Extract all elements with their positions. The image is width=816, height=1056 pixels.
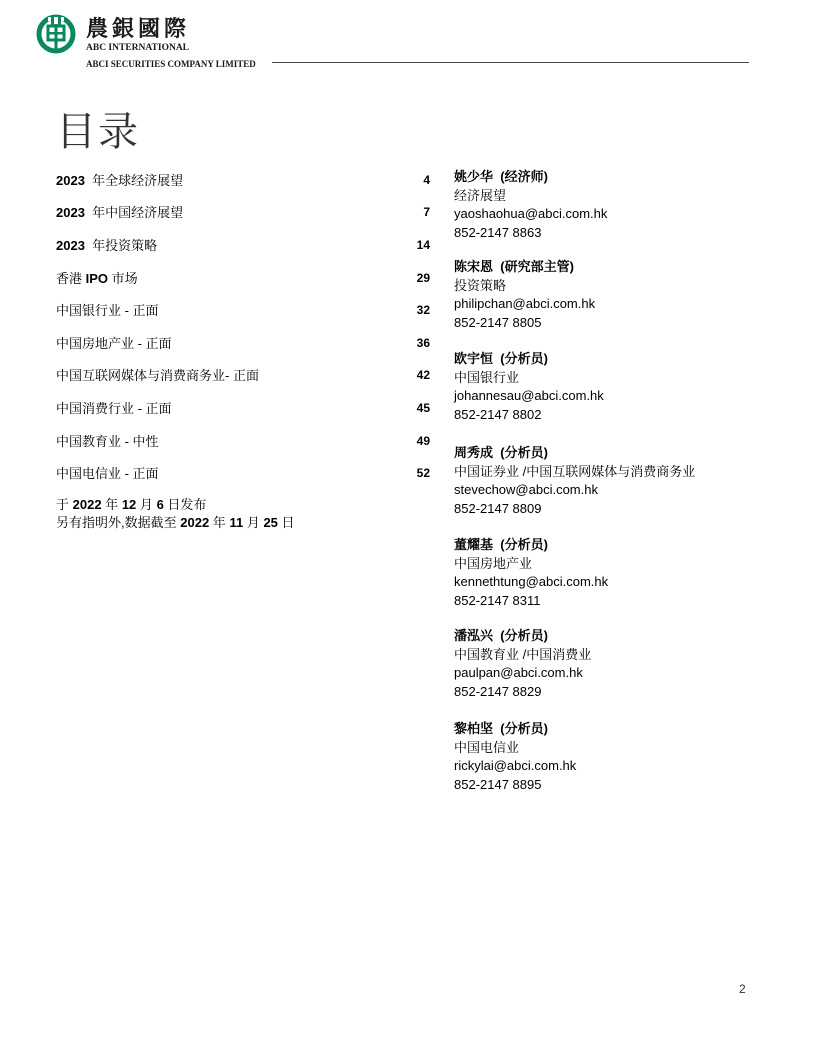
- brand-company-name: ABCI SECURITIES COMPANY LIMITED: [86, 59, 256, 69]
- toc-item-label: 中国消费行业 - 正面: [56, 398, 172, 417]
- toc-item[interactable]: 中国银行业 - 正面 32: [56, 300, 430, 318]
- contact-email[interactable]: paulpan@abci.com.hk: [454, 664, 591, 683]
- contact-card: 陈宋恩 (研究部主管) 投资策略 philipchan@abci.com.hk …: [454, 258, 595, 332]
- contact-card: 董耀基 (分析员) 中国房地产业 kennethtung@abci.com.hk…: [454, 536, 608, 610]
- contact-coverage: 中国电信业: [454, 739, 576, 758]
- contact-card: 周秀成 (分析员) 中国证券业 /中国互联网媒体与消费商务业 stevechow…: [454, 444, 695, 518]
- contact-coverage: 投资策略: [454, 277, 595, 296]
- toc-item-page: 32: [417, 303, 430, 317]
- contact-phone: 852-2147 8895: [454, 776, 576, 795]
- contact-card: 黎柏坚 (分析员) 中国电信业 rickylai@abci.com.hk 852…: [454, 720, 576, 794]
- contact-card: 潘泓兴 (分析员) 中国教育业 /中国消费业 paulpan@abci.com.…: [454, 627, 591, 701]
- toc-item-label: 市场: [112, 271, 138, 286]
- contact-card: 欧宇恒 (分析员) 中国银行业 johannesau@abci.com.hk 8…: [454, 350, 604, 424]
- contact-role: (研究部主管): [500, 259, 574, 274]
- toc-item-page: 52: [417, 466, 430, 480]
- toc-item-year: 2023: [56, 238, 85, 253]
- contact-name: 姚少华: [454, 169, 493, 184]
- contact-name: 潘泓兴: [454, 628, 493, 643]
- toc-item-page: 36: [417, 336, 430, 350]
- toc-item-label: 中国房地产业 - 正面: [56, 333, 172, 352]
- contact-email[interactable]: yaoshaohua@abci.com.hk: [454, 205, 607, 224]
- toc-item[interactable]: 2023 年全球经济展望 4: [56, 170, 430, 188]
- contact-name: 陈宋恩: [454, 259, 493, 274]
- toc-item[interactable]: 中国互联网媒体与消费商务业- 正面 42: [56, 365, 430, 383]
- page-title: 目录: [56, 100, 140, 157]
- contact-card: 姚少华 (经济师) 经济展望 yaoshaohua@abci.com.hk 85…: [454, 168, 607, 242]
- contact-role: (分析员): [500, 721, 548, 736]
- toc-item[interactable]: 中国电信业 - 正面 52: [56, 463, 430, 481]
- contact-role: (分析员): [500, 351, 548, 366]
- contact-role: (分析员): [500, 628, 548, 643]
- contact-phone: 852-2147 8802: [454, 406, 604, 425]
- contact-role: (经济师): [500, 169, 548, 184]
- toc-item-label: 年中国经济展望: [92, 205, 183, 220]
- publish-date: 于 2022 年 12 月 6 日发布: [56, 496, 295, 514]
- toc-item-label: 中国教育业 - 中性: [56, 431, 159, 450]
- contact-coverage: 中国教育业 /中国消费业: [454, 646, 591, 665]
- header-divider: [272, 62, 749, 63]
- toc-item-year: 2023: [56, 173, 85, 188]
- contact-coverage: 中国银行业: [454, 369, 604, 388]
- toc-item-label: 中国银行业 - 正面: [56, 300, 159, 319]
- contact-phone: 852-2147 8829: [454, 683, 591, 702]
- contact-name: 黎柏坚: [454, 721, 493, 736]
- contact-email[interactable]: stevechow@abci.com.hk: [454, 481, 695, 500]
- toc-item-page: 49: [417, 434, 430, 448]
- contact-email[interactable]: johannesau@abci.com.hk: [454, 387, 604, 406]
- toc-item[interactable]: 中国消费行业 - 正面 45: [56, 398, 430, 416]
- toc-item-label: 年全球经济展望: [92, 173, 183, 188]
- contact-phone: 852-2147 8311: [454, 592, 608, 611]
- toc-item-year: 2023: [56, 205, 85, 220]
- contact-email[interactable]: rickylai@abci.com.hk: [454, 757, 576, 776]
- toc-item-page: 45: [417, 401, 430, 415]
- contact-name: 欧宇恒: [454, 351, 493, 366]
- brand-english-name: ABC INTERNATIONAL: [86, 43, 189, 53]
- brand-chinese-name: 農銀國際: [86, 12, 190, 43]
- contact-coverage: 经济展望: [454, 187, 607, 206]
- toc-item[interactable]: 中国教育业 - 中性 49: [56, 431, 430, 449]
- toc-item-ipo: IPO: [86, 271, 108, 286]
- contact-email[interactable]: kennethtung@abci.com.hk: [454, 573, 608, 592]
- data-cutoff-date: 另有指明外,数据截至 2022 年 11 月 25 日: [56, 514, 295, 532]
- abc-logo-icon: [36, 14, 76, 54]
- toc-item-page: 7: [423, 205, 430, 219]
- toc-item[interactable]: 中国房地产业 - 正面 36: [56, 333, 430, 351]
- toc-item[interactable]: 2023 年中国经济展望 7: [56, 202, 430, 220]
- toc-item-prefix: 香港: [56, 271, 82, 286]
- toc-item-page: 4: [423, 173, 430, 187]
- toc-item-page: 42: [417, 368, 430, 382]
- contact-phone: 852-2147 8809: [454, 500, 695, 519]
- contact-role: (分析员): [500, 445, 548, 460]
- contact-coverage: 中国房地产业: [454, 555, 608, 574]
- toc-item-label: 中国电信业 - 正面: [56, 463, 159, 482]
- contact-role: (分析员): [500, 537, 548, 552]
- toc-item-label: 年投资策略: [92, 238, 157, 253]
- contact-email[interactable]: philipchan@abci.com.hk: [454, 295, 595, 314]
- contact-coverage: 中国证券业 /中国互联网媒体与消费商务业: [454, 463, 695, 482]
- contact-phone: 852-2147 8863: [454, 224, 607, 243]
- contact-phone: 852-2147 8805: [454, 314, 595, 333]
- publication-info: 于 2022 年 12 月 6 日发布 另有指明外,数据截至 2022 年 11…: [56, 496, 295, 532]
- toc-item-label: 中国互联网媒体与消费商务业- 正面: [56, 365, 259, 384]
- toc-item[interactable]: 2023 年投资策略 14: [56, 235, 430, 253]
- toc-item-page: 29: [417, 271, 430, 285]
- contact-name: 董耀基: [454, 537, 493, 552]
- page-number: 2: [739, 982, 746, 996]
- toc-item-page: 14: [417, 238, 430, 252]
- contact-name: 周秀成: [454, 445, 493, 460]
- toc-item[interactable]: 香港 IPO 市场 29: [56, 268, 430, 286]
